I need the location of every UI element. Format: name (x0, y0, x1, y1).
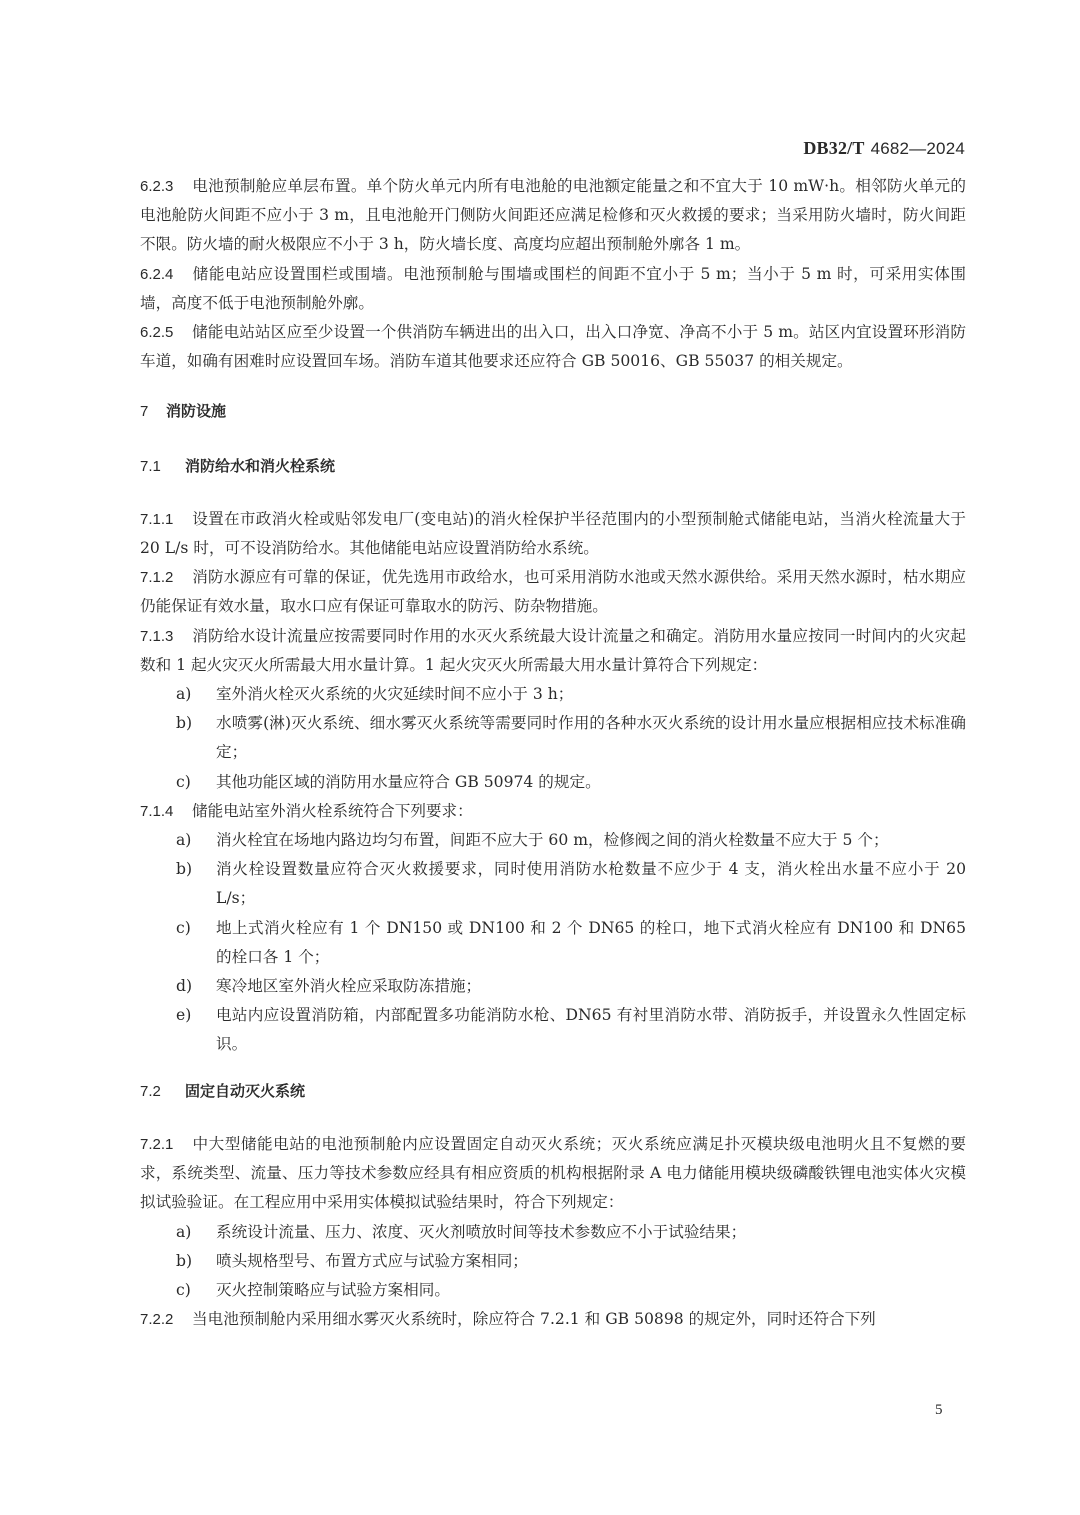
list-item: a)室外消火栓灭火系统的火灾延续时间不应小于 3 h； (140, 680, 966, 709)
list-text: 地上式消火栓应有 1 个 DN150 或 DN100 和 2 个 DN65 的栓… (216, 914, 966, 972)
list-text: 电站内应设置消防箱，内部配置多功能消防水枪、DN65 有衬里消防水带、消防扳手，… (216, 1001, 966, 1059)
list-item: b)喷头规格型号、布置方式应与试验方案相同； (140, 1247, 966, 1276)
clause-text: 设置在市政消火栓或贴邻发电厂(变电站)的消火栓保护半径范围内的小型预制舱式储能电… (140, 510, 966, 557)
list-item: c)其他功能区域的消防用水量应符合 GB 50974 的规定。 (140, 768, 966, 797)
list-label: c) (176, 914, 216, 972)
list-text: 系统设计流量、压力、浓度、灭火剂喷放时间等技术参数应不小于试验结果； (216, 1218, 966, 1247)
list-label: a) (176, 1218, 216, 1247)
list-text: 水喷雾(淋)灭火系统、细水雾灭火系统等需要同时作用的各种水灭火系统的设计用水量应… (216, 709, 966, 767)
heading-number: 7 (140, 397, 166, 426)
list-item: d)寒冷地区室外消火栓应采取防冻措施； (140, 972, 966, 1001)
clause-text: 电池预制舱应单层布置。单个防火单元内所有电池舱的电池额定能量之和不宜大于 10 … (140, 177, 966, 253)
section-heading-7-2: 7.2固定自动灭火系统 (140, 1077, 966, 1106)
standard-number: 4682—2024 (871, 139, 965, 158)
clause-text: 中大型储能电站的电池预制舱内应设置固定自动灭火系统；灭火系统应满足扑灭模块级电池… (140, 1135, 966, 1211)
clause-text: 储能电站应设置围栏或围墙。电池预制舱与围墙或围栏的间距不宜小于 5 m；当小于 … (140, 265, 966, 312)
clause-7-1-2: 7.1.2消防水源应有可靠的保证，优先选用市政给水，也可采用消防水池或天然水源供… (140, 563, 966, 621)
clause-number: 7.1.4 (140, 797, 192, 826)
heading-title: 固定自动灭火系统 (185, 1082, 305, 1100)
clause-text: 当电池预制舱内采用细水雾灭火系统时，除应符合 7.2.1 和 GB 50898 … (192, 1310, 876, 1328)
clause-text: 储能电站室外消火栓系统符合下列要求： (192, 802, 473, 820)
list-text: 消火栓设置数量应符合灭火救援要求，同时使用消防水枪数量不应少于 4 支，消火栓出… (216, 855, 966, 913)
list-label: a) (176, 680, 216, 709)
list-text: 其他功能区域的消防用水量应符合 GB 50974 的规定。 (216, 768, 966, 797)
list-label: b) (176, 709, 216, 767)
list-label: d) (176, 972, 216, 1001)
list-text: 灭火控制策略应与试验方案相同。 (216, 1276, 966, 1305)
clause-number: 7.2.1 (140, 1130, 192, 1159)
list-text: 寒冷地区室外消火栓应采取防冻措施； (216, 972, 966, 1001)
list-item: e)电站内应设置消防箱，内部配置多功能消防水枪、DN65 有衬里消防水带、消防扳… (140, 1001, 966, 1059)
clause-number: 6.2.3 (140, 172, 192, 201)
clause-number: 7.2.2 (140, 1305, 192, 1334)
clause-7-2-2: 7.2.2当电池预制舱内采用细水雾灭火系统时，除应符合 7.2.1 和 GB 5… (140, 1305, 966, 1334)
clause-number: 7.1.2 (140, 563, 192, 592)
clause-7-1-1: 7.1.1设置在市政消火栓或贴邻发电厂(变电站)的消火栓保护半径范围内的小型预制… (140, 505, 966, 563)
clause-number: 7.1.1 (140, 505, 192, 534)
list-label: c) (176, 1276, 216, 1305)
clause-number: 6.2.5 (140, 318, 192, 347)
clause-7-1-3: 7.1.3消防给水设计流量应按需要同时作用的水灭火系统最大设计流量之和确定。消防… (140, 622, 966, 680)
list-item: a)消火栓宜在场地内路边均匀布置，间距不应大于 60 m，检修阀之间的消火栓数量… (140, 826, 966, 855)
page-number: 5 (935, 1402, 943, 1419)
list-item: c)地上式消火栓应有 1 个 DN150 或 DN100 和 2 个 DN65 … (140, 914, 966, 972)
list-item: c)灭火控制策略应与试验方案相同。 (140, 1276, 966, 1305)
clause-text: 消防水源应有可靠的保证，优先选用市政给水，也可采用消防水池或天然水源供给。采用天… (140, 568, 966, 615)
standard-code: DB32/T (803, 138, 864, 158)
heading-title: 消防设施 (166, 402, 226, 420)
section-heading-7-1: 7.1消防给水和消火栓系统 (140, 452, 966, 481)
clause-number: 6.2.4 (140, 260, 192, 289)
document-body: 6.2.3电池预制舱应单层布置。单个防火单元内所有电池舱的电池额定能量之和不宜大… (140, 172, 966, 1334)
heading-number: 7.2 (140, 1077, 185, 1106)
clause-text: 储能电站站区应至少设置一个供消防车辆进出的出入口，出入口净宽、净高不小于 5 m… (140, 323, 966, 370)
list-item: a)系统设计流量、压力、浓度、灭火剂喷放时间等技术参数应不小于试验结果； (140, 1218, 966, 1247)
list-item: b)水喷雾(淋)灭火系统、细水雾灭火系统等需要同时作用的各种水灭火系统的设计用水… (140, 709, 966, 767)
heading-number: 7.1 (140, 452, 185, 481)
clause-number: 7.1.3 (140, 622, 192, 651)
list-text: 喷头规格型号、布置方式应与试验方案相同； (216, 1247, 966, 1276)
clause-text: 消防给水设计流量应按需要同时作用的水灭火系统最大设计流量之和确定。消防用水量应按… (140, 627, 966, 674)
clause-7-2-1: 7.2.1中大型储能电站的电池预制舱内应设置固定自动灭火系统；灭火系统应满足扑灭… (140, 1130, 966, 1218)
list-label: b) (176, 1247, 216, 1276)
clause-6-2-3: 6.2.3电池预制舱应单层布置。单个防火单元内所有电池舱的电池额定能量之和不宜大… (140, 172, 966, 260)
section-heading-7: 7消防设施 (140, 397, 966, 426)
list-text: 消火栓宜在场地内路边均匀布置，间距不应大于 60 m，检修阀之间的消火栓数量不应… (216, 826, 966, 855)
clause-6-2-4: 6.2.4储能电站应设置围栏或围墙。电池预制舱与围墙或围栏的间距不宜小于 5 m… (140, 260, 966, 318)
list-text: 室外消火栓灭火系统的火灾延续时间不应小于 3 h； (216, 680, 966, 709)
list-label: a) (176, 826, 216, 855)
list-label: e) (176, 1001, 216, 1059)
list-label: c) (176, 768, 216, 797)
clause-7-1-4: 7.1.4储能电站室外消火栓系统符合下列要求： (140, 797, 966, 826)
document-header: DB32/T4682—2024 (803, 138, 965, 159)
clause-6-2-5: 6.2.5储能电站站区应至少设置一个供消防车辆进出的出入口，出入口净宽、净高不小… (140, 318, 966, 376)
list-label: b) (176, 855, 216, 913)
heading-title: 消防给水和消火栓系统 (185, 457, 335, 475)
list-item: b)消火栓设置数量应符合灭火救援要求，同时使用消防水枪数量不应少于 4 支，消火… (140, 855, 966, 913)
